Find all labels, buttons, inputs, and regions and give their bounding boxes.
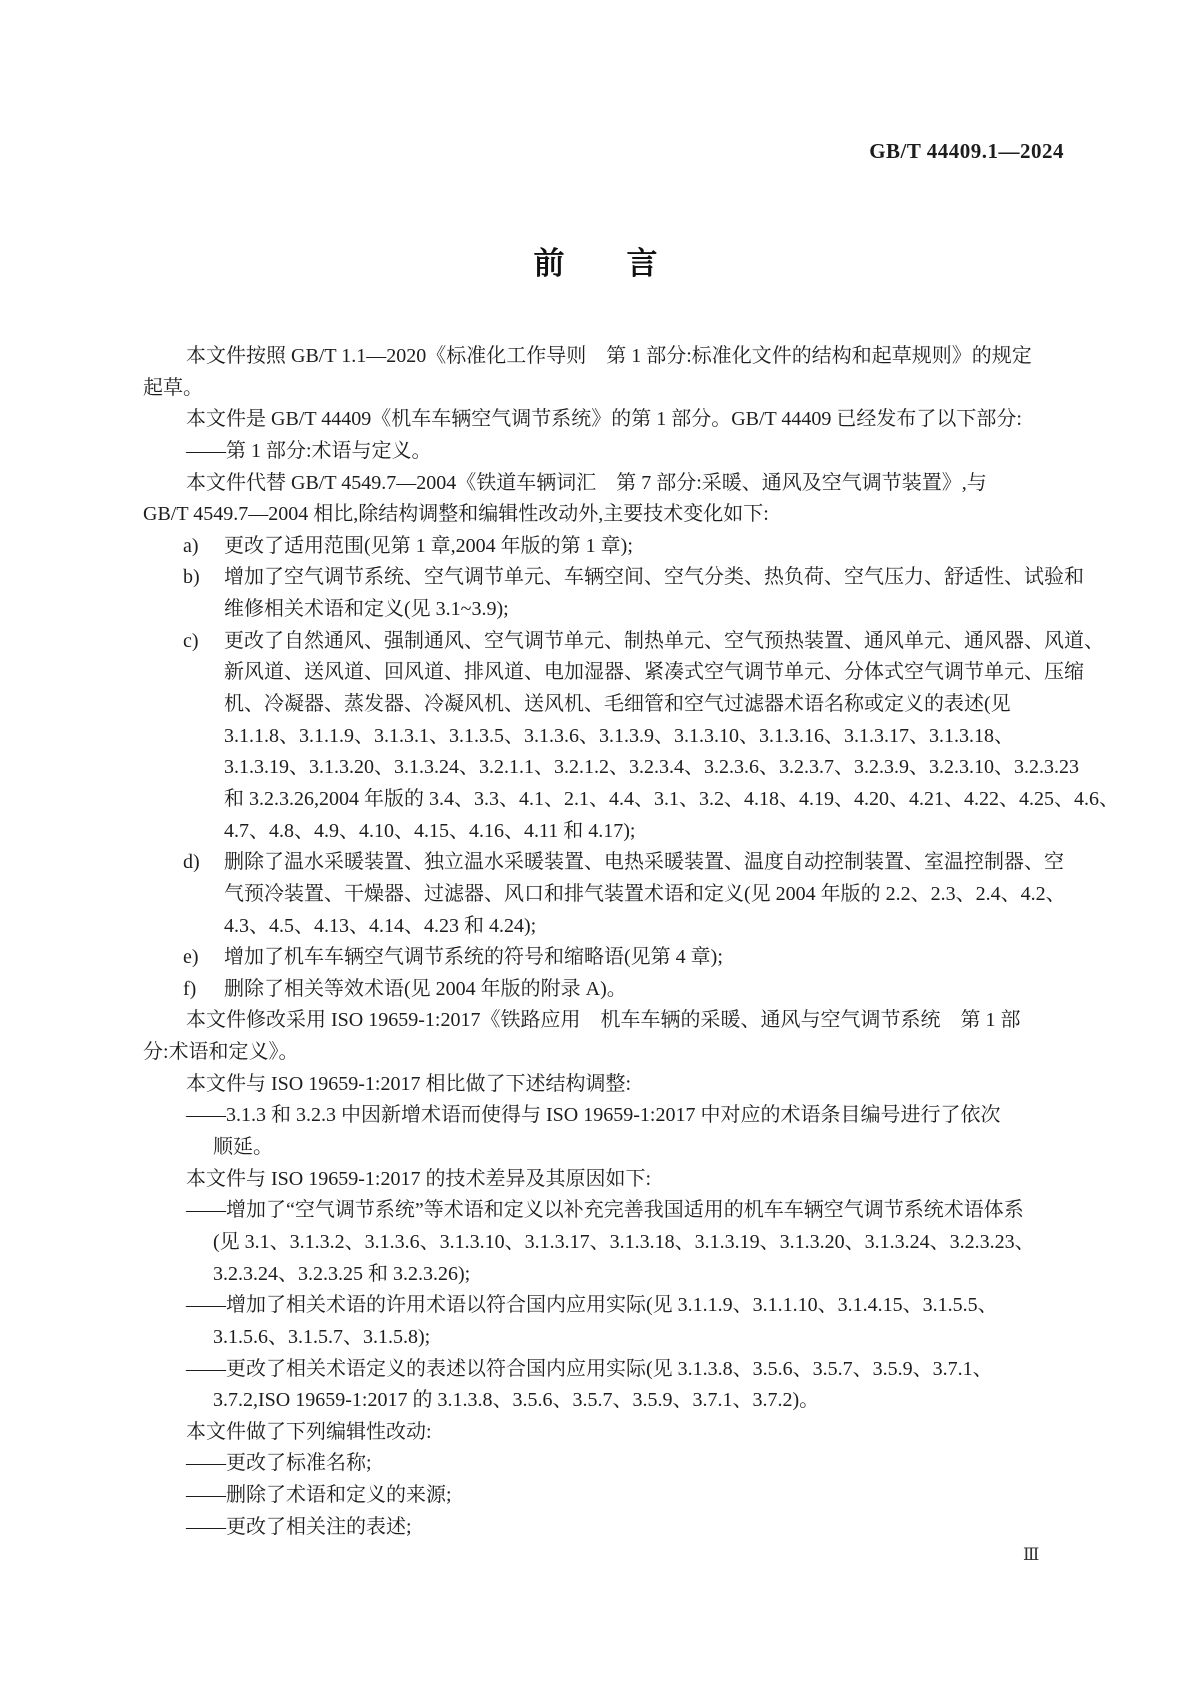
list-item-continuation: 4.7、4.8、4.9、4.10、4.15、4.16、4.11 和 4.17);: [143, 816, 1065, 848]
list-item-label: e): [183, 942, 199, 974]
paragraph-line: 本文件是 GB/T 44409《机车车辆空气调节系统》的第 1 部分。GB/T …: [143, 404, 1065, 436]
dash-item-line: ——第 1 部分:术语与定义。: [143, 436, 1065, 468]
page-number: Ⅲ: [1023, 1545, 1039, 1565]
list-item-text: 增加了机车车辆空气调节系统的符号和缩略语(见第 4 章);: [224, 946, 723, 968]
dash-item-line: ——更改了相关注的表述;: [143, 1512, 1065, 1544]
paragraph-line: 本文件做了下列编辑性改动:: [143, 1417, 1065, 1449]
list-item-f: f) 删除了相关等效术语(见 2004 年版的附录 A)。: [143, 974, 1065, 1006]
dash-item-line: ——3.1.3 和 3.2.3 中因新增术语而使得与 ISO 19659-1:2…: [143, 1100, 1065, 1132]
list-item-text: 更改了适用范围(见第 1 章,2004 年版的第 1 章);: [224, 535, 633, 557]
paragraph-line: 起草。: [143, 373, 1065, 405]
dash-item-line: ——增加了相关术语的许用术语以符合国内应用实际(见 3.1.1.9、3.1.1.…: [143, 1290, 1065, 1322]
list-item-d: d) 删除了温水采暖装置、独立温水采暖装置、电热采暖装置、温度自动控制装置、室温…: [143, 847, 1065, 879]
list-item-label: a): [183, 531, 199, 563]
dash-item-continuation: (见 3.1、3.1.3.2、3.1.3.6、3.1.3.10、3.1.3.17…: [143, 1227, 1065, 1259]
list-item-continuation: 和 3.2.3.26,2004 年版的 3.4、3.3、4.1、2.1、4.4、…: [143, 784, 1065, 816]
list-item-continuation: 机、冷凝器、蒸发器、冷凝风机、送风机、毛细管和空气过滤器术语名称或定义的表述(见: [143, 689, 1065, 721]
list-item-text: 更改了自然通风、强制通风、空气调节单元、制热单元、空气预热装置、通风单元、通风器…: [224, 630, 1104, 652]
paragraph-line: 本文件按照 GB/T 1.1—2020《标准化工作导则 第 1 部分:标准化文件…: [143, 341, 1065, 373]
list-item-text: 删除了温水采暖装置、独立温水采暖装置、电热采暖装置、温度自动控制装置、室温控制器…: [224, 851, 1064, 873]
list-item-b: b) 增加了空气调节系统、空气调节单元、车辆空间、空气分类、热负荷、空气压力、舒…: [143, 562, 1065, 594]
dash-item-line: ——删除了术语和定义的来源;: [143, 1480, 1065, 1512]
dash-item-continuation: 3.7.2,ISO 19659-1:2017 的 3.1.3.8、3.5.6、3…: [143, 1385, 1065, 1417]
list-item-label: f): [183, 974, 196, 1006]
document-page: GB/T 44409.1—2024 前 言 本文件按照 GB/T 1.1—202…: [0, 0, 1191, 1685]
dash-item-line: ——增加了“空气调节系统”等术语和定义以补充完善我国适用的机车车辆空气调节系统术…: [143, 1195, 1065, 1227]
dash-item-continuation: 3.2.3.24、3.2.3.25 和 3.2.3.26);: [143, 1259, 1065, 1291]
list-item-text: 删除了相关等效术语(见 2004 年版的附录 A)。: [224, 978, 627, 1000]
paragraph-line: 本文件与 ISO 19659-1:2017 相比做了下述结构调整:: [143, 1069, 1065, 1101]
list-item-continuation: 3.1.3.19、3.1.3.20、3.1.3.24、3.2.1.1、3.2.1…: [143, 752, 1065, 784]
dash-item-continuation: 顺延。: [143, 1132, 1065, 1164]
list-item-c: c) 更改了自然通风、强制通风、空气调节单元、制热单元、空气预热装置、通风单元、…: [143, 626, 1065, 658]
paragraph-line: 本文件代替 GB/T 4549.7—2004《铁道车辆词汇 第 7 部分:采暖、…: [143, 468, 1065, 500]
dash-item-line: ——更改了相关术语定义的表述以符合国内应用实际(见 3.1.3.8、3.5.6、…: [143, 1354, 1065, 1386]
paragraph-line: 本文件与 ISO 19659-1:2017 的技术差异及其原因如下:: [143, 1164, 1065, 1196]
list-item-continuation: 4.3、4.5、4.13、4.14、4.23 和 4.24);: [143, 911, 1065, 943]
list-item-continuation: 维修相关术语和定义(见 3.1~3.9);: [143, 594, 1065, 626]
list-item-label: c): [183, 626, 199, 658]
paragraph-line: GB/T 4549.7—2004 相比,除结构调整和编辑性改动外,主要技术变化如…: [143, 499, 1065, 531]
dash-item-continuation: 3.1.5.6、3.1.5.7、3.1.5.8);: [143, 1322, 1065, 1354]
list-item-continuation: 气预冷装置、干燥器、过滤器、风口和排气装置术语和定义(见 2004 年版的 2.…: [143, 879, 1065, 911]
paragraph-line: 本文件修改采用 ISO 19659-1:2017《铁路应用 机车车辆的采暖、通风…: [143, 1005, 1065, 1037]
list-item-continuation: 3.1.1.8、3.1.1.9、3.1.3.1、3.1.3.5、3.1.3.6、…: [143, 721, 1065, 753]
page-title: 前 言: [0, 238, 1191, 283]
list-item-continuation: 新风道、送风道、回风道、排风道、电加湿器、紧凑式空气调节单元、分体式空气调节单元…: [143, 657, 1065, 689]
paragraph-line: 分:术语和定义》。: [143, 1037, 1065, 1069]
dash-item-line: ——更改了标准名称;: [143, 1448, 1065, 1480]
standard-code: GB/T 44409.1—2024: [869, 139, 1064, 164]
list-item-label: d): [183, 847, 200, 879]
foreword-body: 本文件按照 GB/T 1.1—2020《标准化工作导则 第 1 部分:标准化文件…: [143, 341, 1065, 1543]
list-item-e: e) 增加了机车车辆空气调节系统的符号和缩略语(见第 4 章);: [143, 942, 1065, 974]
list-item-text: 增加了空气调节系统、空气调节单元、车辆空间、空气分类、热负荷、空气压力、舒适性、…: [224, 566, 1084, 588]
list-item-a: a) 更改了适用范围(见第 1 章,2004 年版的第 1 章);: [143, 531, 1065, 563]
list-item-label: b): [183, 562, 200, 594]
